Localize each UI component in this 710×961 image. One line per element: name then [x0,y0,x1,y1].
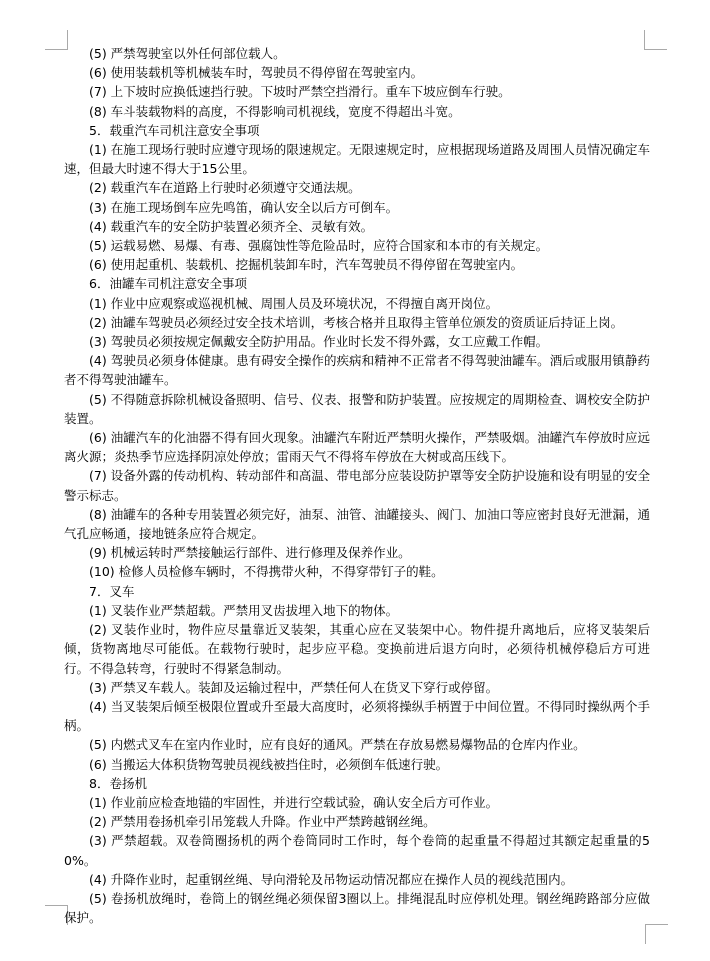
paragraph: (6) 油罐汽车的化油器不得有回火现象。油罐汽车附近严禁明火操作，严禁吸烟。油罐… [64,428,650,466]
paragraph: (1) 作业中应观察或巡视机械、周围人员及环境状况，不得擅自离开岗位。 [64,294,650,313]
paragraph: (1) 叉装作业严禁超载。严禁用叉齿拔埋入地下的物体。 [64,601,650,620]
paragraph: (5) 内燃式叉车在室内作业时，应有良好的通风。严禁在存放易燃易爆物品的仓库内作… [64,735,650,754]
paragraph: (2) 油罐车驾驶员必须经过安全技术培训，考核合格并且取得主管单位颁发的资质证后… [64,313,650,332]
paragraph: (6) 使用起重机、装载机、挖掘机装卸车时，汽车驾驶员不得停留在驾驶室内。 [64,255,650,274]
paragraph: (2) 严禁用卷扬机牵引吊笼载人升降。作业中严禁跨越钢丝绳。 [64,812,650,831]
paragraph: (9) 机械运转时严禁接触运行部件、进行修理及保养作业。 [64,543,650,562]
section-heading: 5．载重汽车司机注意安全事项 [64,121,650,140]
paragraph: (4) 载重汽车的安全防护装置必须齐全、灵敏有效。 [64,217,650,236]
paragraph: (8) 油罐车的各种专用装置必须完好，油泵、油管、油罐接头、阀门、加油口等应密封… [64,505,650,543]
paragraph: (5) 不得随意拆除机械设备照明、信号、仪表、报警和防护装置。应按规定的周期检查… [64,390,650,428]
section-heading: 6．油罐车司机注意安全事项 [64,274,650,293]
section-heading: 8．卷扬机 [64,774,650,793]
paragraph: (1) 作业前应检查地锚的牢固性，并进行空载试验，确认安全后方可作业。 [64,793,650,812]
paragraph: (4) 升降作业时，起重钢丝绳、导向滑轮及吊物运动情况都应在操作人员的视线范围内… [64,870,650,889]
document-body: (5) 严禁驾驶室以外任何部位载人。(6) 使用装载机等机械装车时，驾驶员不得停… [64,44,650,927]
paragraph: (7) 设备外露的传动机构、转动部件和高温、带电部分应装设防护罩等安全防护设施和… [64,466,650,504]
paragraph: (8) 车斗装载物料的高度，不得影响司机视线，宽度不得超出斗宽。 [64,102,650,121]
paragraph: (6) 使用装载机等机械装车时，驾驶员不得停留在驾驶室内。 [64,63,650,82]
paragraph: (5) 卷扬机放绳时，卷筒上的钢丝绳必须保留3圈以上。排绳混乱时应停机处理。钢丝… [64,889,650,927]
paragraph: (5) 运载易燃、易爆、有毒、强腐蚀性等危险品时，应符合国家和本市的有关规定。 [64,236,650,255]
paragraph: (3) 在施工现场倒车应先鸣笛，确认安全以后方可倒车。 [64,198,650,217]
paragraph: (6) 当搬运大体积货物驾驶员视线被挡住时，必须倒车低速行驶。 [64,755,650,774]
paragraph: (4) 当叉装架后倾至极限位置或升至最大高度时，必须将操纵手柄置于中间位置。不得… [64,697,650,735]
paragraph: (7) 上下坡时应换低速挡行驶。下坡时严禁空挡滑行。重车下坡应倒车行驶。 [64,82,650,101]
document-page: (5) 严禁驾驶室以外任何部位载人。(6) 使用装载机等机械装车时，驾驶员不得停… [0,0,710,961]
paragraph: (3) 严禁叉车载人。装卸及运输过程中，严禁任何人在货叉下穿行或停留。 [64,678,650,697]
paragraph: (3) 严禁超载。双卷筒圈扬机的两个卷筒同时工作时，每个卷筒的起重量不得超过其额… [64,831,650,869]
paragraph: (5) 严禁驾驶室以外任何部位载人。 [64,44,650,63]
paragraph: (3) 驾驶员必须按规定佩戴安全防护用品。作业时长发不得外露，女工应戴工作帽。 [64,332,650,351]
paragraph: (4) 驾驶员必须身体健康。患有碍安全操作的疾病和精神不正常者不得驾驶油罐车。酒… [64,351,650,389]
paragraph: (10) 检修人员检修车辆时，不得携带火种，不得穿带钉子的鞋。 [64,562,650,581]
paragraph: (2) 叉装作业时，物件应尽量靠近叉装架，其重心应在叉装架中心。物件提升离地后，… [64,620,650,678]
paragraph: (2) 载重汽车在道路上行驶时必须遵守交通法规。 [64,178,650,197]
paragraph: (1) 在施工现场行驶时应遵守现场的限速规定。无限速规定时，应根据现场道路及周围… [64,140,650,178]
section-heading: 7．叉车 [64,582,650,601]
